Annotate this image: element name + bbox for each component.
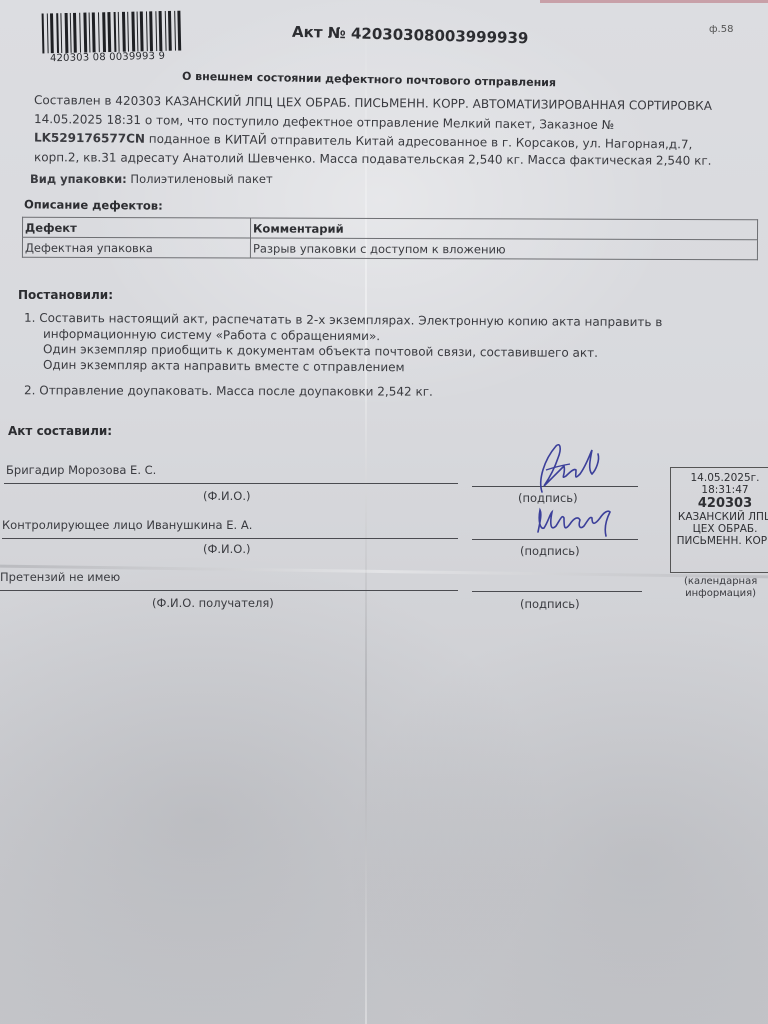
table-header-row: Дефект Комментарий	[23, 217, 758, 240]
resolution-1-line-2: информационную систему «Работа с обращен…	[43, 327, 380, 343]
defects-heading: Описание дефектов:	[24, 197, 163, 212]
tracking-number: LK529176577CN	[34, 131, 145, 146]
signatory-2-sign-caption: (подпись)	[520, 544, 580, 558]
signatory-2-name-line	[2, 538, 458, 539]
signatory-2-label: Контролирующее лицо Иванушкина Е. А.	[2, 518, 252, 532]
stamp-time: 18:31:47	[671, 484, 768, 496]
compiled-heading: Акт составили:	[8, 424, 112, 438]
stamp-line-2: ЦЕХ ОБРАБ.	[671, 523, 768, 535]
table-row: Дефектная упаковка Разрыв упаковки с дос…	[22, 237, 757, 260]
column-header-defect: Дефект	[23, 217, 251, 238]
signature-1	[530, 440, 610, 500]
packaging-label: Вид упаковки:	[30, 172, 127, 186]
stamp-caption-line-2: информация)	[684, 588, 757, 600]
signatory-1-name-line	[4, 483, 458, 484]
column-header-comment: Комментарий	[251, 218, 758, 240]
packaging-type: Вид упаковки: Полиэтиленовый пакет	[30, 172, 273, 186]
paper-edge	[540, 0, 768, 3]
signatory-3-name-line	[0, 590, 458, 591]
resolution-1-line-4: Один экземпляр акта направить вместе с о…	[43, 358, 405, 375]
barcode	[40, 10, 187, 53]
stamp-caption: (календарная информация)	[684, 576, 757, 600]
comment-cell: Разрыв упаковки с доступом к вложению	[250, 238, 757, 260]
signatory-2-name-caption: (Ф.И.О.)	[203, 542, 251, 556]
body-line-2: 14.05.2025 18:31 о том, что поступило де…	[34, 112, 614, 132]
signatory-1-name-caption: (Ф.И.О.)	[203, 489, 251, 503]
form-code: ф.58	[709, 24, 733, 35]
defects-table: Дефект Комментарий Дефектная упаковка Ра…	[22, 217, 758, 261]
signatory-1-label: Бригадир Морозова Е. С.	[6, 463, 156, 477]
body-line-4: корп.2, кв.31 адресату Анатолий Шевченко…	[34, 150, 712, 168]
document-subtitle: О внешнем состоянии дефектного почтового…	[182, 70, 556, 90]
stamp-line-3: ПИСЬМЕНН. КОРР	[671, 535, 768, 547]
resolution-2: 2. Отправление доупаковать. Масса после …	[24, 383, 433, 398]
body-line-3-text: поданное в КИТАЙ отправитель Китай адрес…	[145, 132, 693, 152]
resolution-1-line-3: Один экземпляр приобщить к документам об…	[43, 342, 598, 360]
defect-cell: Дефектная упаковка	[22, 237, 250, 258]
signatory-3-label: Претензий не имею	[0, 570, 120, 584]
signatory-3-name-caption: (Ф.И.О. получателя)	[152, 596, 274, 610]
stamp-line-1: КАЗАНСКИЙ ЛПЦ	[671, 511, 768, 523]
stamp-date: 14.05.2025г.	[671, 472, 768, 484]
stamp-code: 420303	[671, 498, 768, 510]
signatory-3-sign-caption: (подпись)	[520, 597, 580, 611]
body-line-1: Составлен в 420303 КАЗАНСКИЙ ЛПЦ ЦЕХ ОБР…	[34, 93, 712, 113]
signatory-3-sign-line	[472, 591, 642, 592]
document-title: Акт № 42030308003999939	[292, 23, 529, 48]
signature-2	[530, 500, 620, 542]
resolved-heading: Постановили:	[18, 288, 113, 302]
calendar-stamp: 14.05.2025г. 18:31:47 420303 КАЗАНСКИЙ Л…	[670, 467, 768, 573]
stamp-caption-line-1: (календарная	[684, 576, 757, 588]
body-line-3: LK529176577CN поданное в КИТАЙ отправите…	[34, 131, 693, 152]
barcode-number: 420303 08 0039993 9	[50, 51, 165, 64]
packaging-value: Полиэтиленовый пакет	[127, 172, 273, 186]
